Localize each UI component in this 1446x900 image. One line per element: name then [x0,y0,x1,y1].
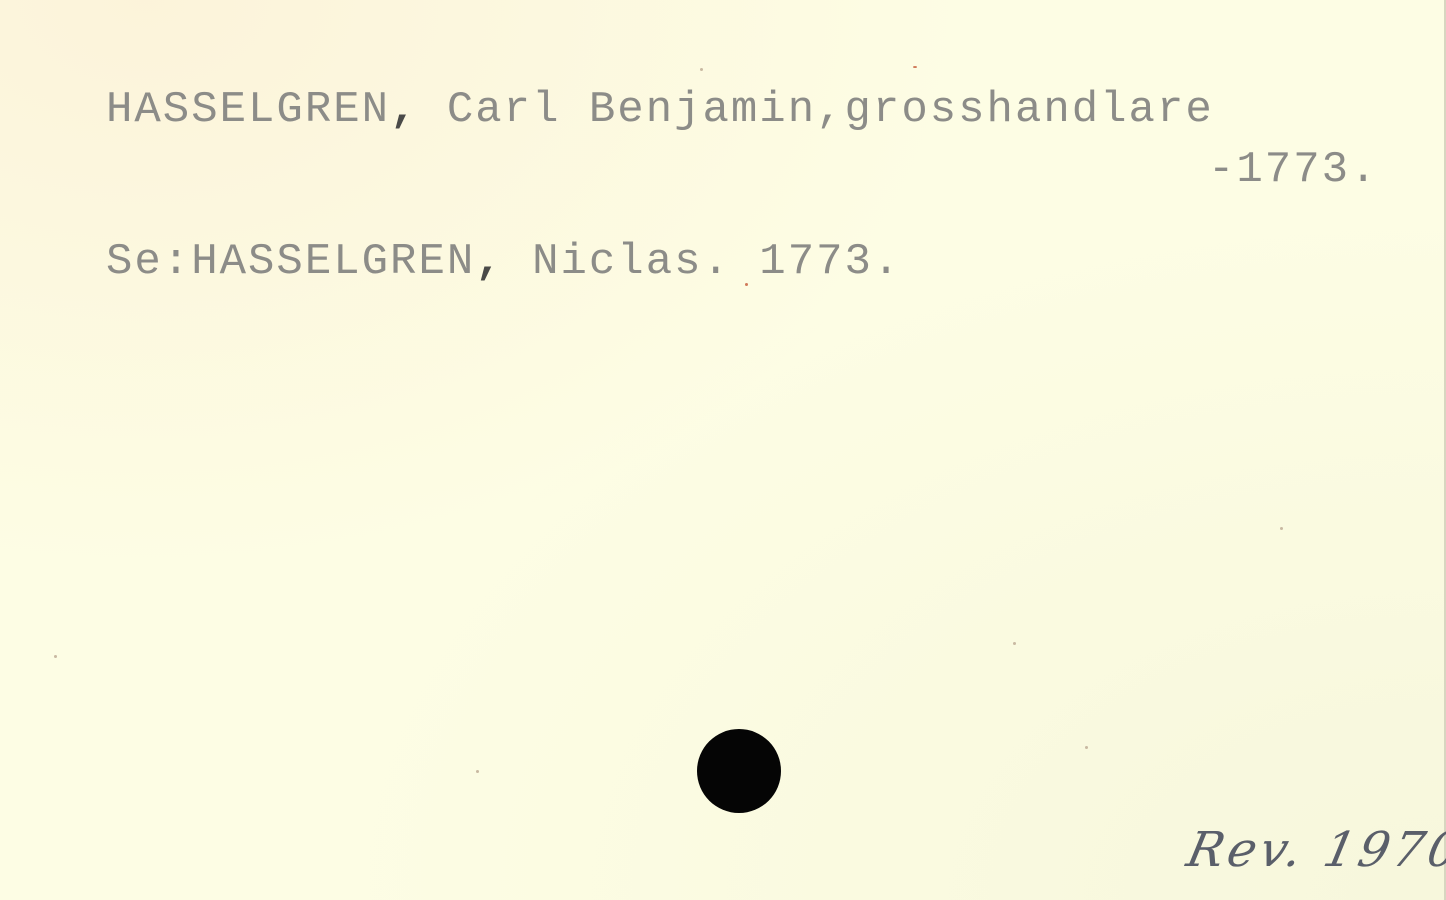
paper-speck [476,770,479,773]
given-names-and-title: Carl Benjamin,grosshandlare [418,85,1213,135]
punch-hole [697,729,781,813]
paper-speck [1085,746,1088,749]
paper-speck [54,655,57,658]
heading-comma: , [390,85,418,135]
see-reference-line: Se:HASSELGREN, Niclas. 1773. [106,240,901,284]
handwritten-revision-note: Rev. 1970 [1182,822,1446,878]
card-date-line: -1773. [1208,148,1378,192]
paper-speck [700,68,703,71]
see-prefix: Se: [106,237,191,287]
reference-surname: HASSELGREN [191,237,475,287]
paper-speck [1013,642,1016,645]
reference-comma: , [475,237,503,287]
paper-speck [745,283,748,286]
index-card: HASSELGREN, Carl Benjamin,grosshandlare … [0,0,1446,900]
paper-speck [913,66,917,68]
paper-speck [1280,527,1283,530]
surname: HASSELGREN [106,85,390,135]
reference-rest: Niclas. 1773. [504,237,902,287]
card-heading-line: HASSELGREN, Carl Benjamin,grosshandlare [106,88,1214,132]
